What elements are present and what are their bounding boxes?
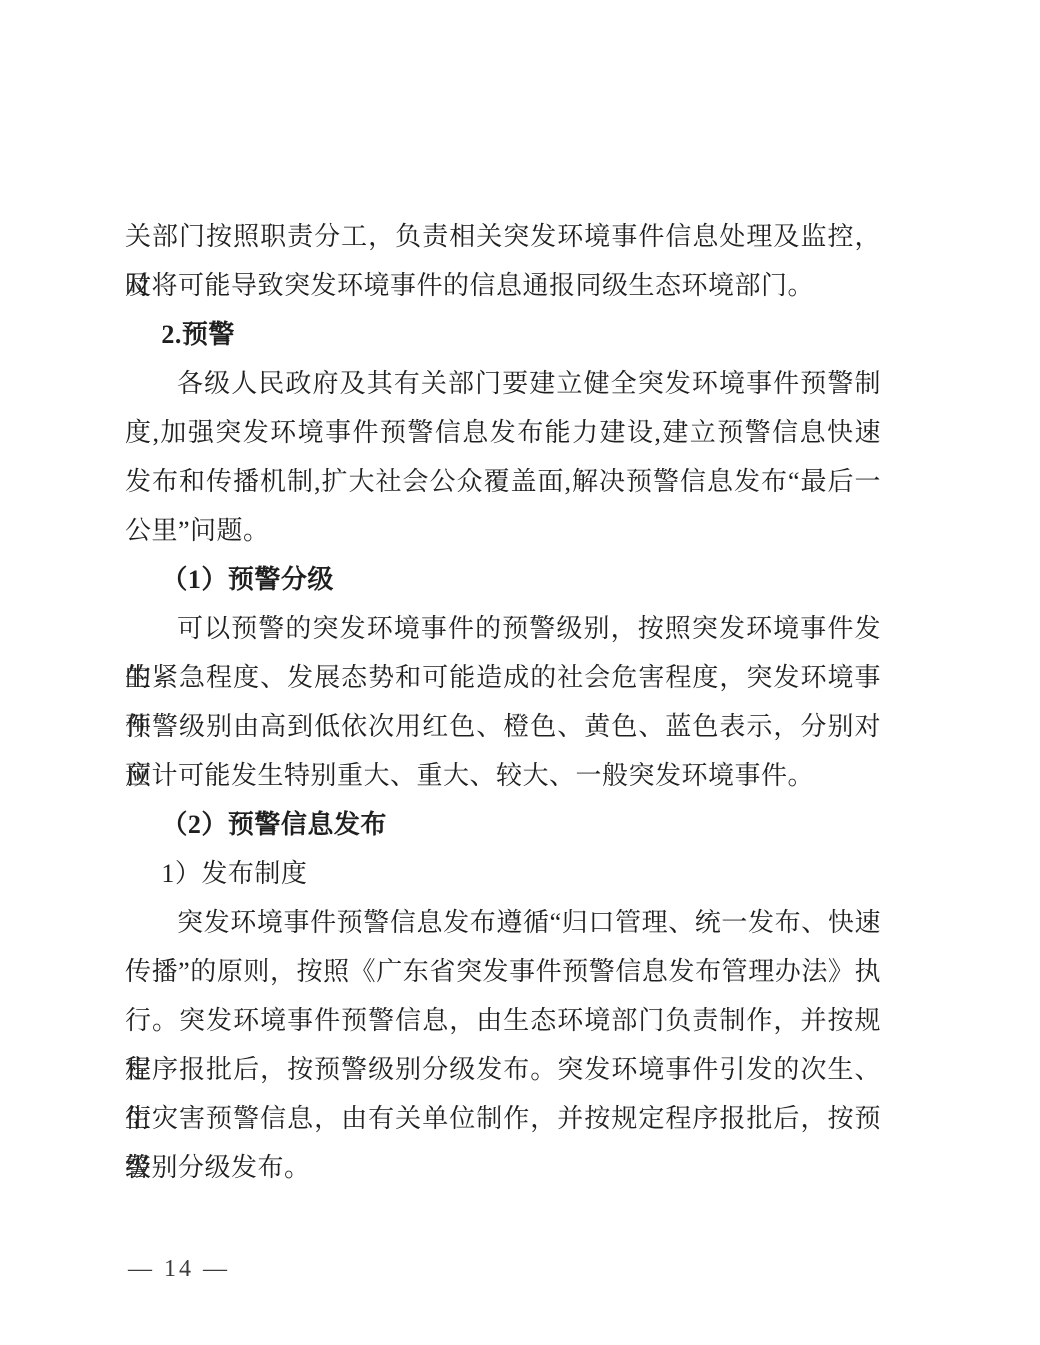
body-line: 的紧急程度、发展态势和可能造成的社会危害程度，突发环境事件: [125, 653, 881, 702]
body-line: 程序报批后，按预警级别分级发布。突发环境事件引发的次生、衍: [125, 1045, 881, 1094]
body-line: 关部门按照职责分工，负责相关突发环境事件信息处理及监控，及: [125, 212, 881, 261]
document-page: 关部门按照职责分工，负责相关突发环境事件信息处理及监控，及 时将可能导致突发环境…: [0, 0, 1040, 1345]
body-line: 行。突发环境事件预警信息，由生态环境部门负责制作，并按规定: [125, 996, 881, 1045]
body-line: 预计可能发生特别重大、重大、较大、一般突发环境事件。: [125, 751, 881, 800]
subsection-heading-1: （1）预警分级: [125, 555, 881, 604]
section-heading-2: 2.预警: [125, 310, 881, 359]
body-line: 度,加强突发环境事件预警信息发布能力建设,建立预警信息快速: [125, 408, 881, 457]
body-line: 生灾害预警信息，由有关单位制作，并按规定程序报批后，按预警: [125, 1094, 881, 1143]
document-body: 关部门按照职责分工，负责相关突发环境事件信息处理及监控，及 时将可能导致突发环境…: [125, 212, 881, 1192]
body-line: 传播”的原则，按照《广东省突发事件预警信息发布管理办法》执: [125, 947, 881, 996]
body-line: 各级人民政府及其有关部门要建立健全突发环境事件预警制: [125, 359, 881, 408]
body-line: 时将可能导致突发环境事件的信息通报同级生态环境部门。: [125, 261, 881, 310]
body-line: 预警级别由高到低依次用红色、橙色、黄色、蓝色表示，分别对应: [125, 702, 881, 751]
body-line: 级别分级发布。: [125, 1143, 881, 1192]
body-line: 突发环境事件预警信息发布遵循“归口管理、统一发布、快速: [125, 898, 881, 947]
body-line: 可以预警的突发环境事件的预警级别，按照突发环境事件发生: [125, 604, 881, 653]
body-line: 公里”问题。: [125, 506, 881, 555]
subsection-heading-2: （2）预警信息发布: [125, 800, 881, 849]
body-line: 发布和传播机制,扩大社会公众覆盖面,解决预警信息发布“最后一: [125, 457, 881, 506]
page-number: — 14 —: [128, 1256, 230, 1283]
numbered-item: 1）发布制度: [125, 849, 881, 898]
